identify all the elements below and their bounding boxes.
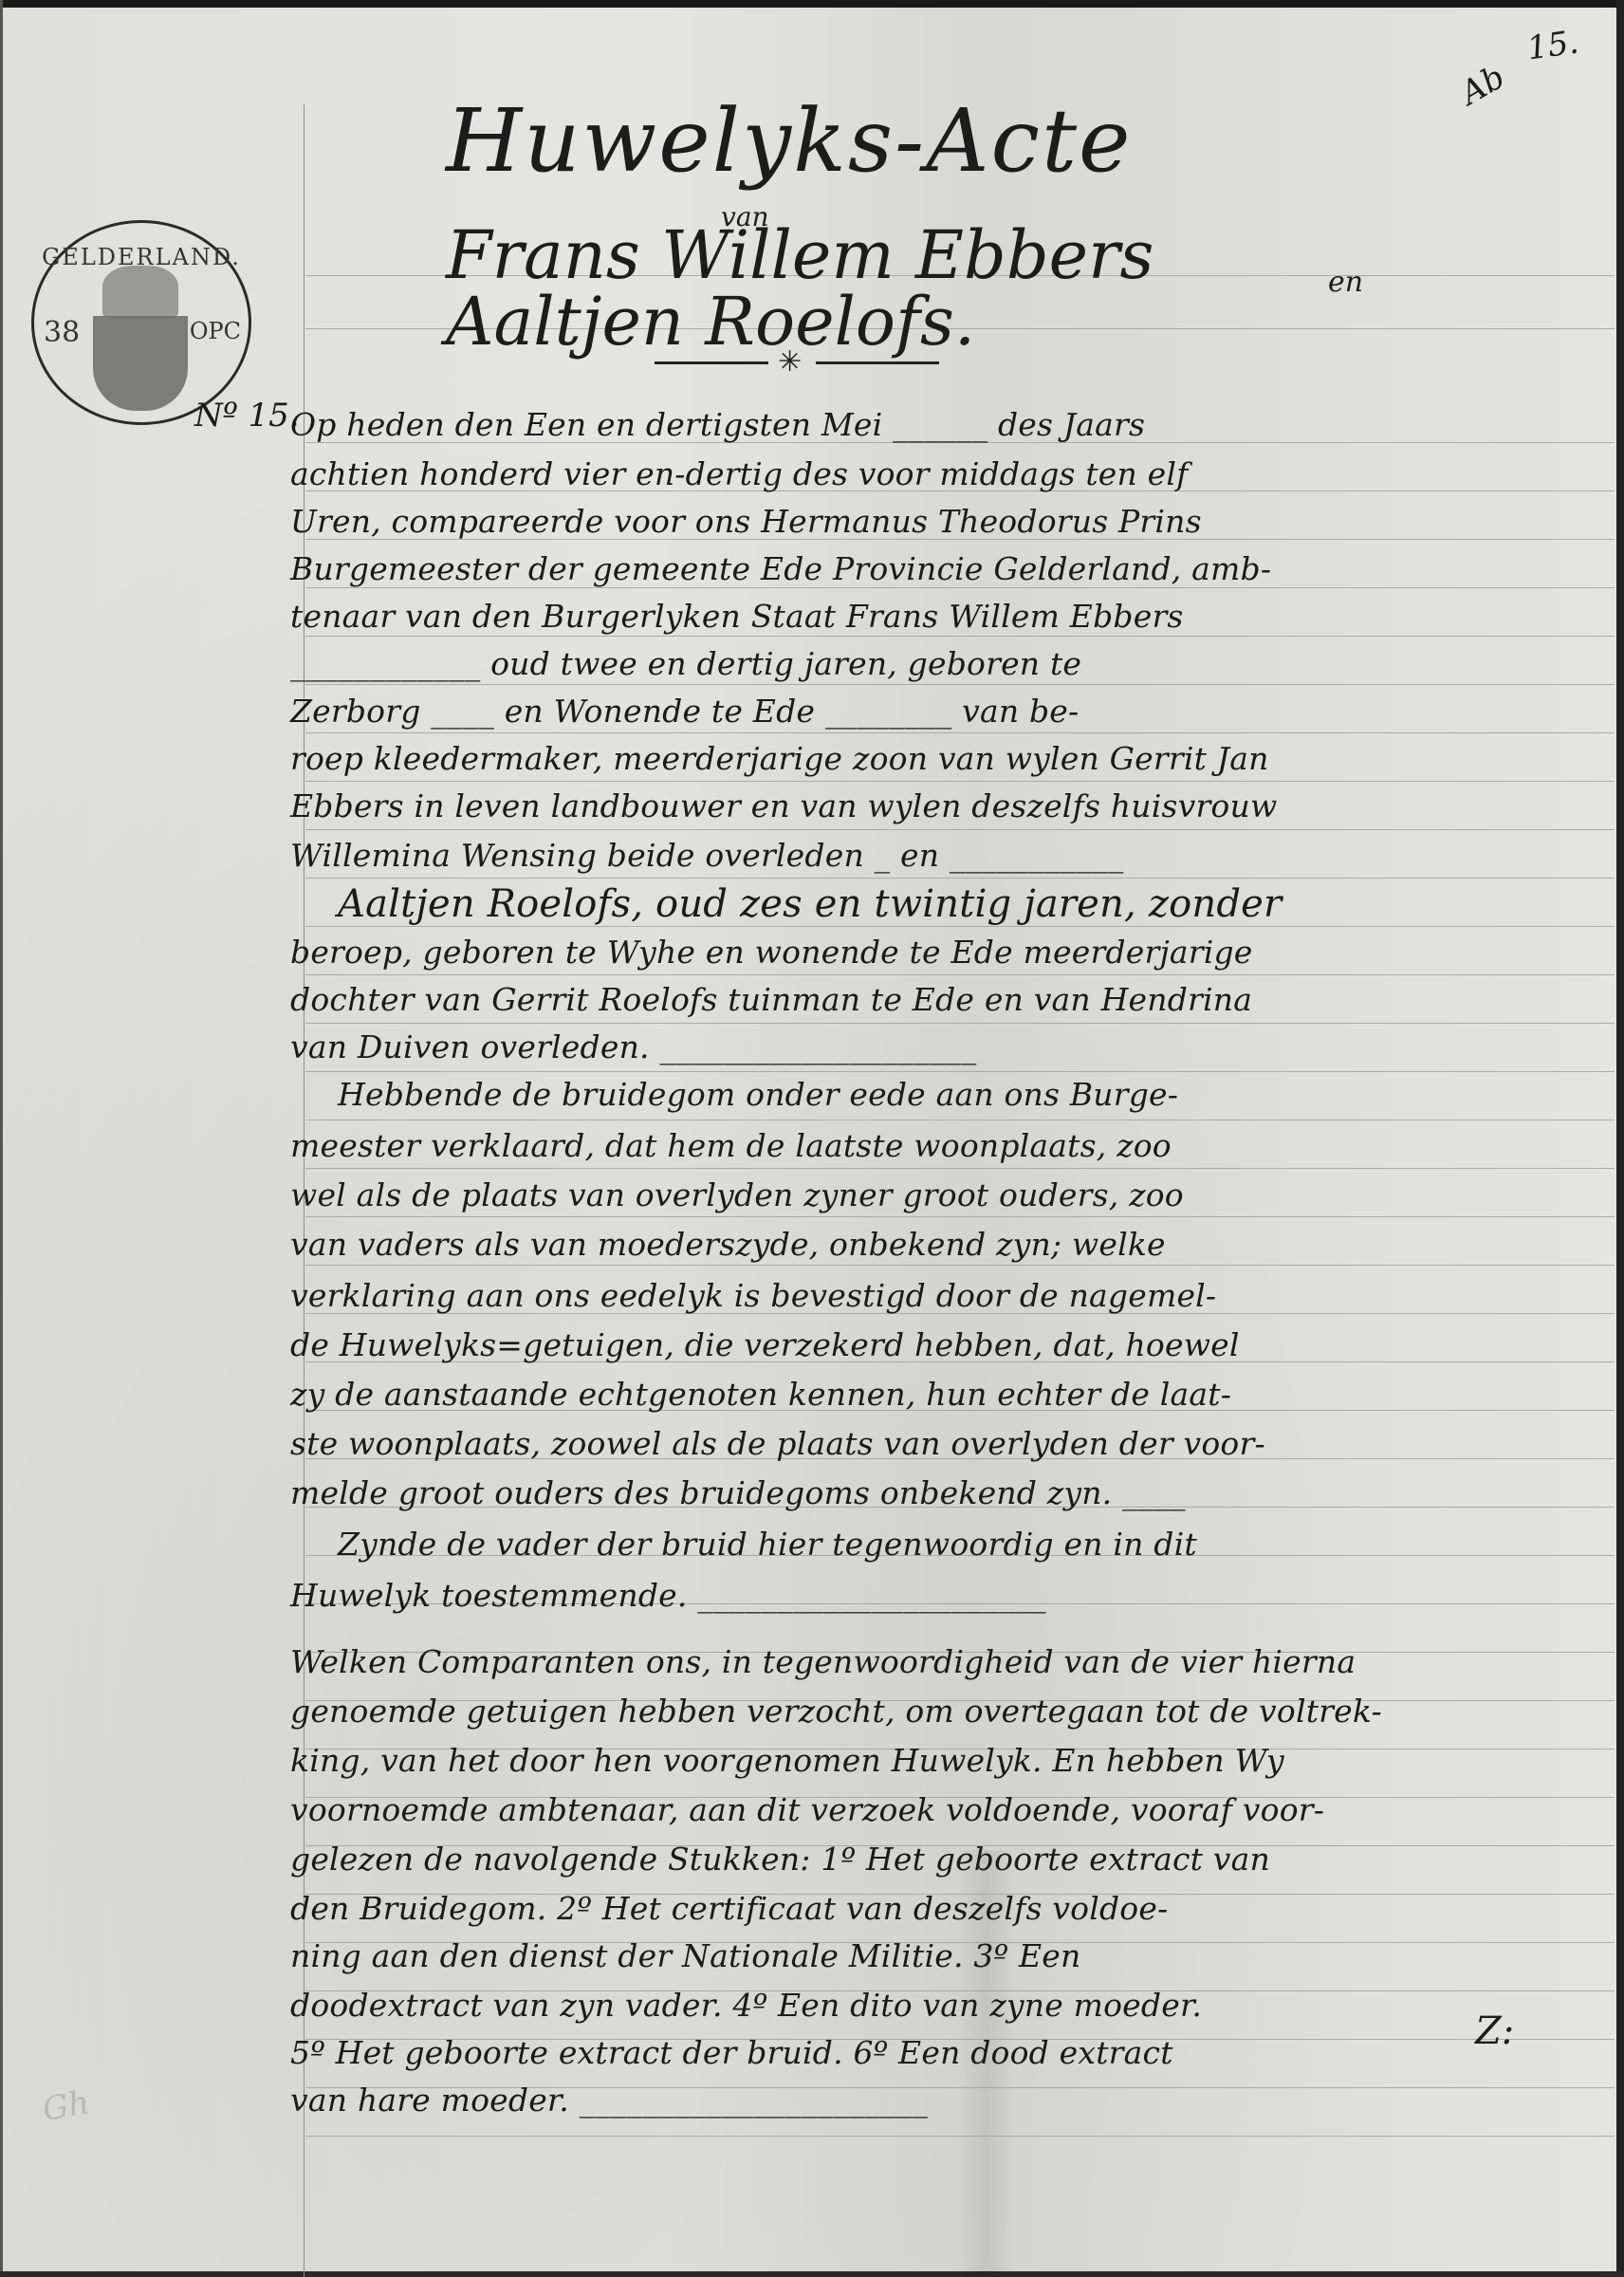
coat-of-arms-icon <box>93 316 188 411</box>
text-line: Aaltjen Roelofs, oud zes en twintig jare… <box>338 882 1282 926</box>
text-line: ning aan den dienst der Nationale Militi… <box>290 1937 1080 1974</box>
ruled-line <box>305 878 1615 879</box>
bride-heading: Aaltjen Roelofs. <box>446 283 975 361</box>
text-line: doodextract van zyn vader. 4º Een dito v… <box>290 1987 1202 2024</box>
clerk-initials: Ab <box>1454 58 1511 113</box>
document-page: 15. Ab Huwelyks-Acte van Frans Willem Eb… <box>0 0 1624 2277</box>
ornament-bar-left <box>655 361 768 364</box>
document-title: Huwelyks-Acte <box>446 90 1133 192</box>
scan-left-edge <box>0 0 3 2277</box>
text-line: melde groot ouders des bruidegoms onbeke… <box>290 1474 1186 1511</box>
ornament-bar-right <box>816 361 939 364</box>
ruled-line <box>305 684 1615 685</box>
ruled-line <box>305 781 1615 782</box>
text-line: king, van het door hen voorgenomen Huwel… <box>290 1742 1284 1779</box>
scan-top-edge <box>0 0 1624 8</box>
text-line: Uren, compareerde voor ons Hermanus Theo… <box>290 503 1202 540</box>
ruled-line <box>305 1071 1615 1072</box>
ruled-line <box>305 1023 1615 1024</box>
text-line: achtien honderd vier en-dertig des voor … <box>290 455 1189 492</box>
ruled-line <box>305 974 1615 975</box>
ruled-line <box>305 1120 1615 1120</box>
text-line: Ebbers in leven landbouwer en van wylen … <box>290 787 1277 824</box>
text-line: de Huwelyks=getuigen, die verzekerd hebb… <box>290 1326 1240 1363</box>
text-line: genoemde getuigen hebben verzocht, om ov… <box>290 1693 1382 1730</box>
text-line: Huwelyk toestemmende. __________________… <box>290 1577 1046 1614</box>
ruled-line <box>305 926 1615 927</box>
ruled-line <box>305 1216 1615 1217</box>
text-line: Hebbende de bruidegom onder eede aan ons… <box>338 1076 1178 1113</box>
text-line: van Duiven overleden. __________________… <box>290 1028 976 1065</box>
text-line: zy de aanstaande echtgenoten kennen, hun… <box>290 1376 1231 1413</box>
faint-margin-note: Gh <box>40 2083 92 2129</box>
text-line: Welken Comparanten ons, in tegenwoordigh… <box>290 1643 1356 1680</box>
text-line: meester verklaard, dat hem de laatste wo… <box>290 1127 1172 1164</box>
stamp-unit: OPC <box>190 318 241 344</box>
text-line: Burgemeester der gemeente Ede Provincie … <box>290 550 1271 587</box>
text-line: verklaring aan ons eedelyk is bevestigd … <box>290 1277 1216 1314</box>
text-line: ste woonplaats, zoowel als de plaats van… <box>290 1425 1265 1462</box>
text-line: van hare moeder. ______________________ <box>290 2082 928 2119</box>
scan-right-edge <box>1616 0 1624 2277</box>
asterisk-ornament-icon: ✳ <box>778 345 802 379</box>
text-line: ____________ oud twee en dertig jaren, g… <box>290 645 1081 682</box>
record-number: Nº 15. <box>194 397 300 435</box>
text-line: van vaders als van moederszyde, onbekend… <box>290 1226 1166 1263</box>
text-line: Zynde de vader der bruid hier tegenwoord… <box>338 1526 1197 1563</box>
text-line: tenaar van den Burgerlyken Staat Frans W… <box>290 598 1184 635</box>
heading-en: en <box>1328 266 1363 299</box>
ruled-line <box>305 636 1615 637</box>
ruled-line <box>305 732 1615 733</box>
stamp-value: 38 <box>44 316 80 349</box>
gelderland-tax-stamp: GELDERLAND. 38 OPC <box>31 220 251 425</box>
text-line: roep kleedermaker, meerderjarige zoon va… <box>290 740 1269 777</box>
stamp-title: GELDERLAND. <box>34 244 249 270</box>
ruled-line <box>305 587 1615 588</box>
ruled-line <box>305 829 1615 830</box>
crown-icon <box>102 266 178 318</box>
text-line: dochter van Gerrit Roelofs tuinman te Ed… <box>290 981 1252 1018</box>
text-line: wel als de plaats van overlyden zyner gr… <box>290 1176 1184 1213</box>
ruled-line <box>305 1168 1615 1169</box>
text-line: 5º Het geboorte extract der bruid. 6º Ee… <box>290 2034 1173 2071</box>
title-ornament: ✳ <box>655 351 939 374</box>
scan-bottom-edge <box>0 2271 1624 2277</box>
text-line: Willemina Wensing beide overleden _ en _… <box>290 837 1124 874</box>
text-line: gelezen de navolgende Stukken: 1º Het ge… <box>290 1841 1270 1878</box>
text-line: voornoemde ambtenaar, aan dit verzoek vo… <box>290 1791 1324 1828</box>
text-line: Zerborg ____ en Wonende te Ede ________ … <box>290 693 1079 730</box>
text-line: Op heden den Een en dertigsten Mei _____… <box>290 406 1145 443</box>
ruled-line <box>305 2136 1615 2137</box>
text-line: beroep, geboren te Wyhe en wonende te Ed… <box>290 934 1253 971</box>
ruled-line <box>305 1265 1615 1266</box>
closing-signature-mark: Z: <box>1475 2009 1514 2053</box>
text-line: den Bruidegom. 2º Het certificaat van de… <box>290 1890 1168 1927</box>
page-number: 15. <box>1524 23 1580 67</box>
